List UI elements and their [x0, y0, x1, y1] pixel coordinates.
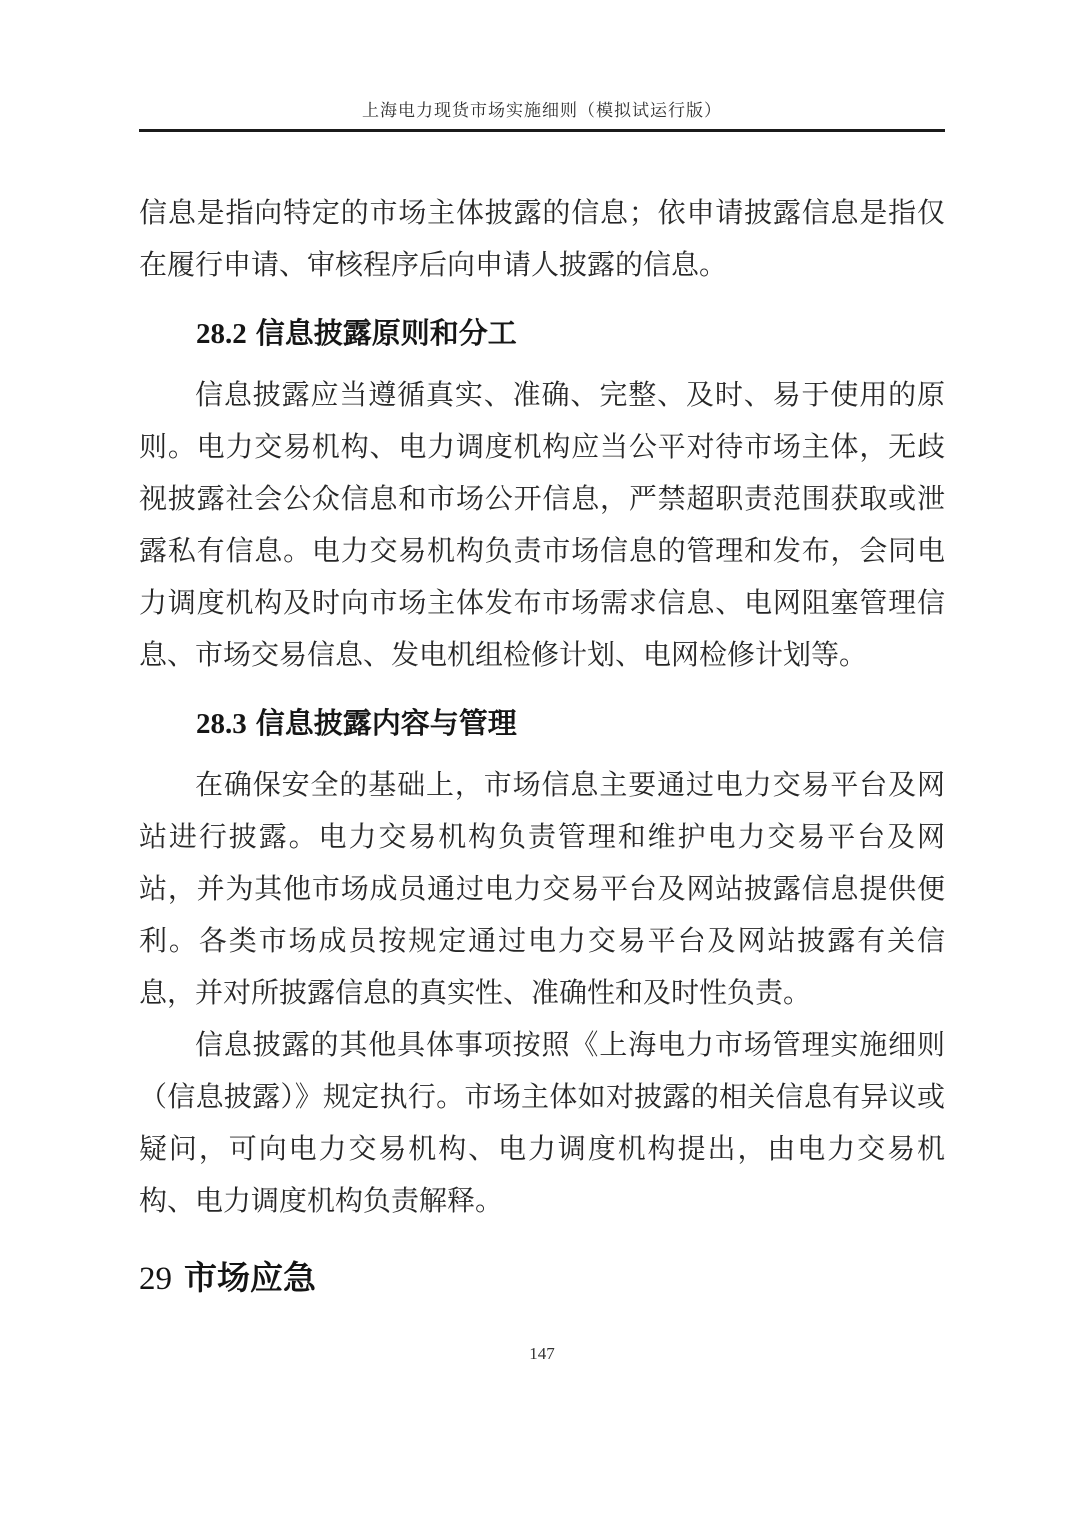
- page-content: 信息是指向特定的市场主体披露的信息；依申请披露信息是指仅在履行申请、审核程序后向…: [139, 188, 945, 1303]
- chapter-heading-29: 29市场应急: [139, 1254, 945, 1303]
- page-number: 147: [529, 1344, 555, 1363]
- section-number: 28.3: [196, 708, 247, 740]
- running-header: 上海电力现货市场实施细则（模拟试运行版）: [139, 0, 945, 132]
- chapter-number: 29: [139, 1261, 172, 1297]
- paragraph-continuation: 信息是指向特定的市场主体披露的信息；依申请披露信息是指仅在履行申请、审核程序后向…: [139, 188, 945, 292]
- document-page: 上海电力现货市场实施细则（模拟试运行版） 信息是指向特定的市场主体披露的信息；依…: [0, 0, 1080, 1527]
- running-header-title: 上海电力现货市场实施细则（模拟试运行版）: [362, 101, 722, 120]
- section-heading-28-3: 28.3信息披露内容与管理: [139, 702, 945, 746]
- section-heading-28-2: 28.2信息披露原则和分工: [139, 312, 945, 356]
- section-title: 信息披露内容与管理: [256, 708, 517, 740]
- section-title: 信息披露原则和分工: [256, 318, 517, 350]
- paragraph-section-28-3-second: 信息披露的其他具体事项按照《上海电力市场管理实施细则（信息披露）》规定执行。市场…: [139, 1020, 945, 1228]
- section-number: 28.2: [196, 318, 247, 350]
- paragraph-section-28-2: 信息披露应当遵循真实、准确、完整、及时、易于使用的原则。电力交易机构、电力调度机…: [139, 370, 945, 682]
- chapter-title: 市场应急: [184, 1259, 316, 1296]
- paragraph-section-28-3-first: 在确保安全的基础上，市场信息主要通过电力交易平台及网站进行披露。电力交易机构负责…: [139, 760, 945, 1020]
- page-footer: 147: [139, 1344, 945, 1364]
